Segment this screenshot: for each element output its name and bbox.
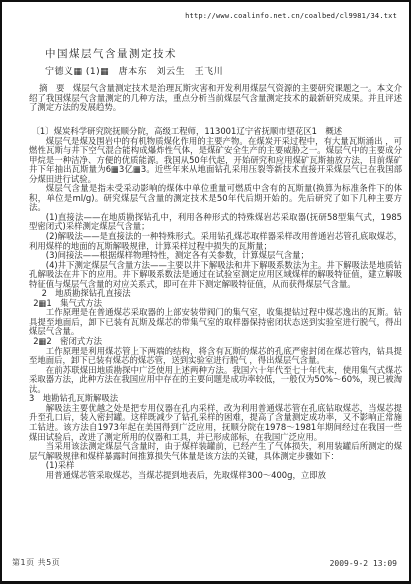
document-page: http://www.coalinfo.net.cn/coalbed/cl998…	[0, 0, 411, 584]
body-paragraph: 煤层气是煤及围岩中的有机物质煤化作用的主要产物。在煤炭开采过程中，有大量瓦斯涌出…	[29, 137, 402, 185]
print-timestamp: 2009-9-2 13:09	[330, 559, 397, 568]
body-paragraph: 工作原理是在普通煤芯采取器的上部安装带阀门的集气室，收集提钻过程中煤芯逸出的瓦斯…	[29, 308, 402, 337]
authors-line: 宁德义▦ (1)▦ 唐本东 刘云生 王飞川	[45, 64, 223, 77]
body-paragraph: 用普通煤芯管采取煤芯，当煤芯提到地表后，先取煤样300～400g，立即放	[29, 471, 402, 481]
list-item-method-2: (2)解吸法——是直接法的一种特殊形式。采用钻孔煤芯取样器采样改用普通岩芯管孔底…	[29, 232, 402, 251]
body-paragraph: 当采用该法测定煤层气含量时，由于煤样装罐前，已经产生了气体损失，利用装罐后所测定…	[29, 442, 402, 461]
body-paragraph: 在前苏联煤田地质勘探中广泛使用上述两种方法。我国六十年代至七十年代末，使用集气式…	[29, 366, 402, 395]
body-paragraph: 煤层气含量是指未受采动影响的煤体中单位重量可燃质中含有的瓦斯量(换算为标准条件下…	[29, 184, 402, 213]
abstract-paragraph: 摘 要 煤层气含量测定技术是治理瓦斯灾害和开发利用煤层气资源的主要研究课题之一。…	[29, 84, 402, 113]
list-item-method-4: (4)井下测定煤层气含量方法——主要以井下解吸法和井下解吸系数法为主。井下解吸法…	[29, 261, 402, 290]
body-paragraph: 解吸法主要优越之处是把专用仪器在孔内采样，改为利用普通煤芯管在孔底钻取煤芯，当煤…	[29, 404, 402, 442]
list-item-method-1: (1)直接法——在地质勘探钻孔中，利用各种形式的特殊煤岩芯采取器(抚研58型集气…	[29, 213, 402, 232]
document-body: 〔1〕煤炭科学研究院抚顺分院，高级工程师，113001辽宁省抚顺市望花区1 概述…	[29, 127, 402, 480]
body-paragraph: 工作原理是利用煤芯管上下两端的结构，将含有瓦斯的煤芯的孔底严密封闭在煤芯管内，钻…	[29, 347, 402, 366]
source-url-text: http://www.coalinfo.net.cn/coalbed/cl998…	[185, 12, 397, 20]
page-title: 中国煤层气含量测定技术	[45, 46, 177, 61]
page-number-indicator: 第1页 共5页	[12, 557, 60, 568]
